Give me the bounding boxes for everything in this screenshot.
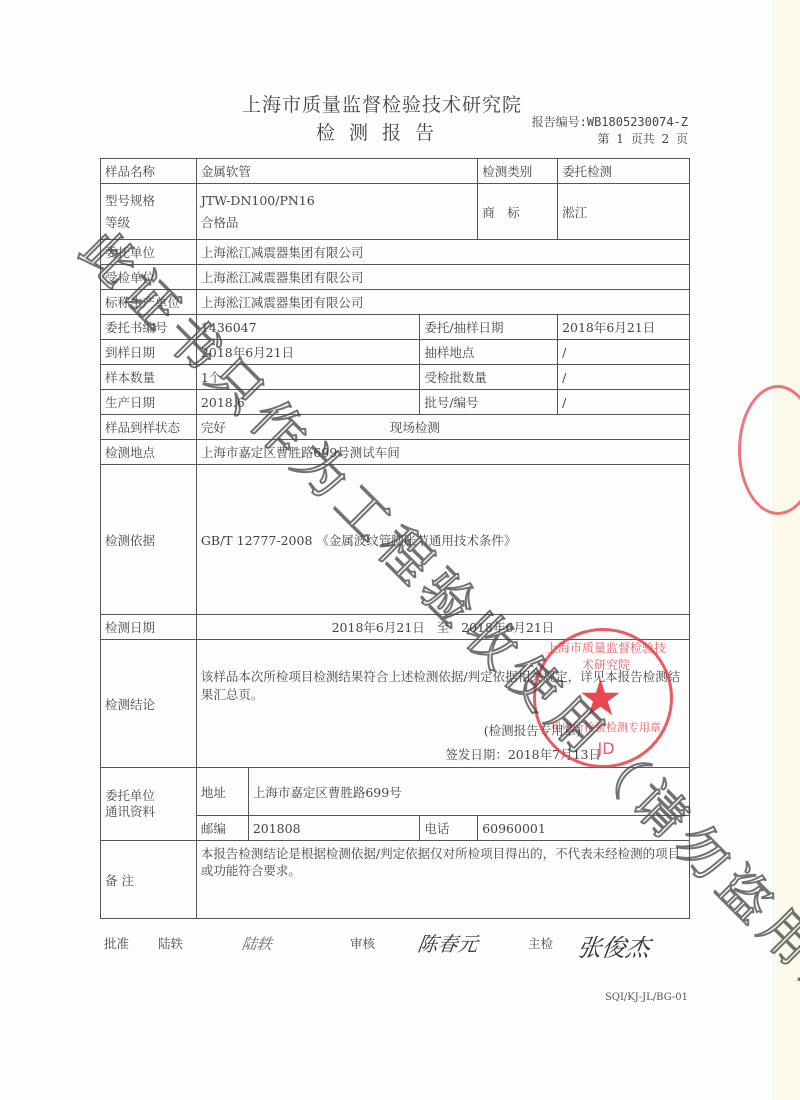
value-model-grade: JTW-DN100/PN16 合格品 [196, 184, 477, 240]
value-model-spec: JTW-DN100/PN16 [201, 190, 473, 212]
value-sample-qty: 1个 [196, 365, 419, 390]
row-contact-address: 委托单位通讯资料 地址 上海市嘉定区曹胜路699号 [101, 768, 690, 816]
value-batch-no: / [558, 390, 690, 415]
label-remark: 备 注 [101, 841, 197, 919]
label-order-date: 委托/抽样日期 [420, 315, 558, 340]
issue-date-value: 2018年7月13日 [508, 747, 601, 762]
row-test-basis: 检测依据 GB/T 12777-2008 《金属波纹管膨胀节通用技术条件》 [101, 465, 690, 615]
value-conclusion: 该样品本次所检项目检测结果符合上述检测依据/判定依据相关规定，详见本报告检测结果… [196, 640, 689, 768]
row-sample-state: 样品到样状态 完好 现场检测 [101, 415, 690, 440]
value-client: 上海淞江减震器集团有限公司 [196, 240, 689, 265]
label-manufacturer: 标称生产单位 [101, 290, 197, 315]
report-number-label: 报告编号: [532, 115, 587, 129]
label-sample-state: 样品到样状态 [101, 415, 197, 440]
row-order-no: 委托书编号 1436047 委托/抽样日期 2018年6月21日 [101, 315, 690, 340]
label-phone: 电话 [420, 816, 478, 841]
review-label: 审核 [350, 934, 375, 952]
value-grade: 合格品 [201, 212, 473, 234]
value-test-date: 2018年6月21日 至 2018年6月21日 [196, 615, 689, 640]
value-postcode: 201808 [248, 816, 419, 841]
value-inspected-unit: 上海淞江减震器集团有限公司 [196, 265, 689, 290]
report-table: 样品名称 金属软管 检测类别 委托检测 型号规格 等级 JTW-DN100/PN… [100, 158, 690, 919]
approve-label: 批准 [104, 934, 129, 952]
report-number-value: WB1805230074-Z [587, 115, 688, 129]
value-phone: 60960001 [478, 816, 690, 841]
issue-date-label: 签发日期： [445, 747, 508, 762]
label-test-location: 检测地点 [101, 440, 197, 465]
value-test-location: 上海市嘉定区曹胜路699号测试车间 [196, 440, 689, 465]
reviewer-signature: 陈春元 [416, 928, 480, 957]
row-test-location: 检测地点 上海市嘉定区曹胜路699号测试车间 [101, 440, 690, 465]
label-trademark: 商 标 [478, 184, 558, 240]
row-conclusion: 检测结论 该样品本次所检项目检测结果符合上述检测依据/判定依据相关规定，详见本报… [101, 640, 690, 768]
label-test-date: 检测日期 [101, 615, 197, 640]
row-sample-qty: 样本数量 1个 受检批数量 / [101, 365, 690, 390]
conclusion-stamp-note: (检测报告专用章) [484, 722, 581, 740]
label-model-grade: 型号规格 等级 [101, 184, 197, 240]
label-order-no: 委托书编号 [101, 315, 197, 340]
label-grade: 等级 [105, 212, 192, 234]
row-client: 委托单位 上海淞江减震器集团有限公司 [101, 240, 690, 265]
test-date-to: 2018年6月21日 [461, 620, 554, 635]
label-test-type: 检测类别 [478, 159, 558, 184]
test-date-from: 2018年6月21日 [332, 620, 425, 635]
row-remark: 备 注 本报告检测结论是根据检测依据/判定依据仅对所检项目得出的，不代表未经检测… [101, 841, 690, 919]
value-production-date: 2018.6 [196, 390, 419, 415]
label-conclusion: 检测结论 [101, 640, 197, 768]
label-sample-name: 样品名称 [101, 159, 197, 184]
value-batch-qty: / [558, 365, 690, 390]
signature-row: 批准 陆轶 陆轶 审核 陈春元 主检 张俊杰 [100, 928, 690, 958]
approver-signature: 陆轶 [241, 933, 274, 954]
institute-name: 上海市质量监督检验技术研究院 [232, 90, 532, 117]
value-remark: 本报告检测结论是根据检测依据/判定依据仅对所检项目得出的，不代表未经检测的项目或… [196, 841, 689, 919]
label-model-spec: 型号规格 [105, 190, 192, 212]
approver-name: 陆轶 [158, 934, 183, 952]
label-client-contact: 委托单位通讯资料 [101, 768, 197, 841]
document-title: 检测报告 [232, 118, 532, 145]
report-page: 上海市质量监督检验技术研究院 检测报告 报告编号:WB1805230074-Z … [0, 0, 800, 1100]
label-test-basis: 检测依据 [101, 465, 197, 615]
sample-state-note: 现场检测 [390, 420, 440, 435]
value-manufacturer: 上海淞江减震器集团有限公司 [196, 290, 689, 315]
label-postcode: 邮编 [196, 816, 248, 841]
row-model-grade: 型号规格 等级 JTW-DN100/PN16 合格品 商 标 淞江 [101, 184, 690, 240]
row-test-date: 检测日期 2018年6月21日 至 2018年6月21日 [101, 615, 690, 640]
row-sample-name: 样品名称 金属软管 检测类别 委托检测 [101, 159, 690, 184]
inspector-signature: 张俊杰 [576, 928, 653, 963]
value-order-no: 1436047 [196, 315, 419, 340]
label-sample-qty: 样本数量 [101, 365, 197, 390]
value-address: 上海市嘉定区曹胜路699号 [248, 768, 689, 816]
row-inspected-unit: 受检单位 上海淞江减震器集团有限公司 [101, 265, 690, 290]
label-sampling-place: 抽样地点 [420, 340, 558, 365]
row-production-date: 生产日期 2018.6 批号/编号 / [101, 390, 690, 415]
value-sample-state: 完好 现场检测 [196, 415, 689, 440]
value-sampling-place: / [558, 340, 690, 365]
row-manufacturer: 标称生产单位 上海淞江减震器集团有限公司 [101, 290, 690, 315]
value-trademark: 淞江 [558, 184, 690, 240]
form-code: SQI/KJ-JL/BG-01 [605, 992, 688, 1003]
sample-state-value: 完好 [201, 420, 226, 435]
page-info: 第 1 页共 2 页 [597, 130, 688, 147]
label-address: 地址 [196, 768, 248, 816]
value-sample-name: 金属软管 [196, 159, 477, 184]
label-batch-qty: 受检批数量 [420, 365, 558, 390]
label-client: 委托单位 [101, 240, 197, 265]
test-date-to-word: 至 [437, 620, 450, 635]
label-arrival-date: 到样日期 [101, 340, 197, 365]
value-test-type: 委托检测 [558, 159, 690, 184]
row-arrival-date: 到样日期 2018年6月21日 抽样地点 / [101, 340, 690, 365]
label-production-date: 生产日期 [101, 390, 197, 415]
inspector-label: 主检 [528, 934, 553, 952]
value-test-basis: GB/T 12777-2008 《金属波纹管膨胀节通用技术条件》 [196, 465, 689, 615]
value-order-date: 2018年6月21日 [558, 315, 690, 340]
label-batch-no: 批号/编号 [420, 390, 558, 415]
conclusion-text: 该样品本次所检项目检测结果符合上述检测依据/判定依据相关规定，详见本报告检测结果… [201, 668, 685, 704]
label-inspected-unit: 受检单位 [101, 265, 197, 290]
client-contact-label: 委托单位通讯资料 [105, 788, 165, 820]
conclusion-issue-date: 签发日期：2018年7月13日 [445, 746, 601, 764]
page-edge [772, 0, 800, 1100]
value-arrival-date: 2018年6月21日 [196, 340, 419, 365]
report-number: 报告编号:WB1805230074-Z [532, 113, 688, 130]
